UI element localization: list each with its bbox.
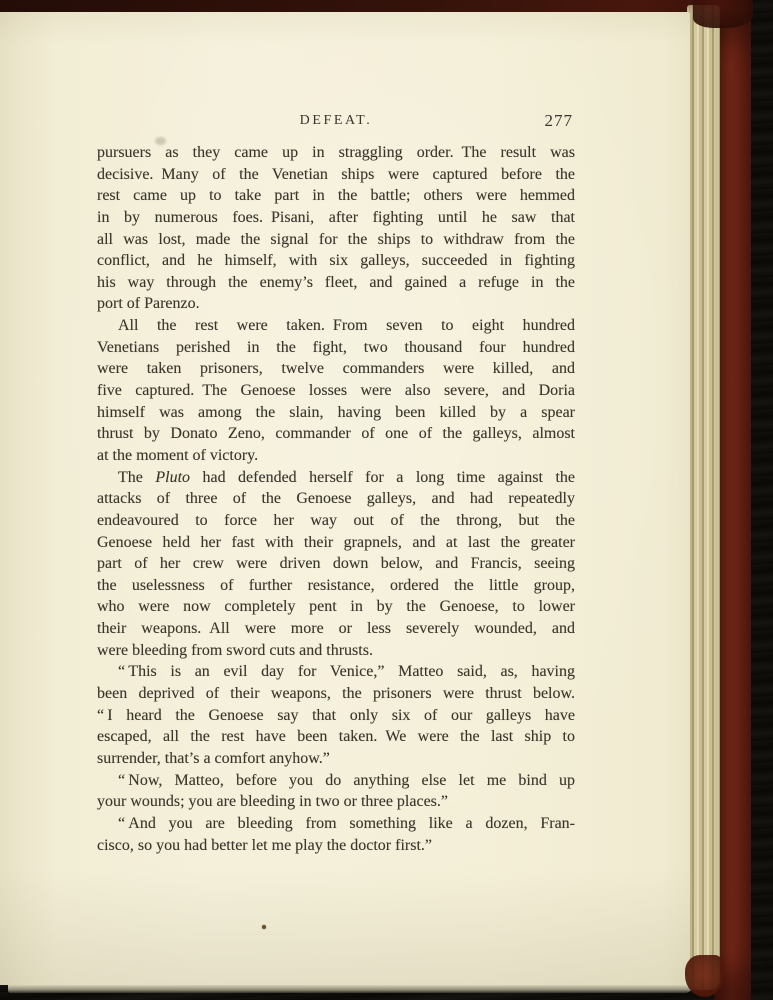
text-line: were bleeding from sword cuts and thrust… — [97, 640, 575, 662]
text-line: surrender, that’s a comfort anyhow.” — [97, 748, 575, 770]
text-line: endeavoured to force her way out of the … — [97, 510, 575, 532]
text-line: “ I heard the Genoese say that only six … — [97, 705, 575, 727]
text-line: All the rest were taken. From seven to e… — [97, 315, 575, 337]
foxing-speck — [262, 925, 266, 929]
text-line: in by numerous foes. Pisani, after fight… — [97, 207, 575, 229]
text-line: their weapons. All were more or less sev… — [97, 618, 575, 640]
text-line: five captured. The Genoese losses were a… — [97, 380, 575, 402]
text-line: Venetians perished in the fight, two tho… — [97, 337, 575, 359]
text-line: who were now completely pent in by the G… — [97, 596, 575, 618]
text-line: been deprived of their weapons, the pris… — [97, 683, 575, 705]
running-title: DEFEAT. — [97, 113, 575, 129]
cover-bottom-blotch — [685, 955, 723, 997]
text-line: rest came up to take part in the battle;… — [97, 185, 575, 207]
text-line: “ And you are bleeding from something li… — [97, 813, 575, 835]
text-line: his way through the enemy’s fleet, and g… — [97, 272, 575, 294]
text-line: cisco, so you had better let me play the… — [97, 835, 575, 857]
page-body: pursuers as they came up in straggling o… — [97, 142, 575, 856]
text-line: escaped, all the rest have been taken. W… — [97, 726, 575, 748]
book-page: DEFEAT. 277 pursuers as they came up in … — [0, 12, 690, 985]
book-scan: { "book_page": { "header": { "title": "D… — [0, 0, 773, 1000]
text-line: “ Now, Matteo, before you do anything el… — [97, 770, 575, 792]
page-number: 277 — [545, 111, 574, 131]
text-line: all was lost, made the signal for the sh… — [97, 229, 575, 251]
page-bottom-edge — [8, 985, 693, 993]
text-line: pursuers as they came up in straggling o… — [97, 142, 575, 164]
page-edge-stack — [687, 5, 720, 990]
text-line: your wounds; you are bleeding in two or … — [97, 791, 575, 813]
text-line: himself was among the slain, having been… — [97, 402, 575, 424]
text-line: “ This is an evil day for Venice,” Matte… — [97, 661, 575, 683]
text-line: conflict, and he himself, with six galle… — [97, 250, 575, 272]
text-line: attacks of three of the Genoese galleys,… — [97, 488, 575, 510]
text-line: at the moment of victory. — [97, 445, 575, 467]
text-line: Genoese held her fast with their grapnel… — [97, 532, 575, 554]
cover-corner-blotch — [693, 0, 753, 28]
text-line: the uselessness of further resistance, o… — [97, 575, 575, 597]
text-line: port of Parenzo. — [97, 293, 575, 315]
text-line: part of her crew were driven down below,… — [97, 553, 575, 575]
text-line: The Pluto had defended herself for a lon… — [97, 467, 575, 489]
text-line: decisive. Many of the Venetian ships wer… — [97, 164, 575, 186]
text-line: were taken prisoners, twelve commanders … — [97, 358, 575, 380]
text-line: thrust by Donato Zeno, commander of one … — [97, 423, 575, 445]
page-header: DEFEAT. 277 — [97, 113, 575, 133]
